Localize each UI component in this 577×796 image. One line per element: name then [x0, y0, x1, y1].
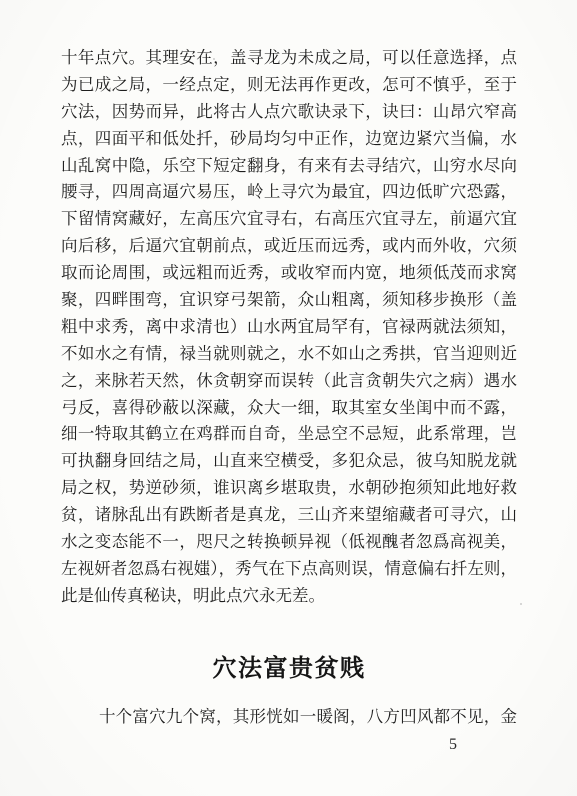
text-line: 向后移，后逼穴宜朝前点，或近压而远秀，或内而外收，穴须高 — [61, 233, 517, 260]
text-line: 粗中求秀，离中求清也）山水两宜局罕有，官禄两就法须知，山 — [61, 314, 517, 341]
text-line: 腰寻，四周高逼穴易压，岭上寻穴为最宜，四边低旷穴恐露，麓 — [61, 179, 517, 206]
text-line: 十年点穴。其理安在，盖寻龙为未成之局，可以任意选择，点穴 — [61, 45, 517, 72]
scan-speck — [520, 603, 522, 605]
text-line: 聚，四畔围弯，宜识穿弓架箭，众山粗离，须知移步换形（盖言 — [61, 287, 517, 314]
section-heading: 穴法富贵贫贱 — [61, 648, 517, 683]
text-line: 局之权，势逆砂须，谁识离乡堪取贵，水朝砂抱须知此地好救 — [61, 475, 517, 502]
text-line: 水之变态能不一，咫尺之转换顿异视（低视醜者忽爲高视美， — [61, 529, 517, 556]
text-line: 下留情窝藏好，左高压穴宜寻右，右高压穴宜寻左，前逼穴宜 — [61, 206, 517, 233]
book-page: 十年点穴。其理安在，盖寻龙为未成之局，可以任意选择，点穴 为已成之局，一经点定，… — [0, 0, 577, 796]
text-line: 之，来脉若天然，休贪朝穿而误转（此言贪朝失穴之病）遇水如 — [61, 368, 517, 395]
text-line: 穴法，因势而异，此将古人点穴歌诀录下，诀曰：山昂穴窄高处 — [61, 99, 517, 126]
text-line: 此是仙传真秘诀，明此点穴永无差。 — [61, 583, 517, 610]
text-line: 山乱窝中隐，乐空下短定翻身，有来有去寻结穴，山穷水尽向 — [61, 153, 517, 180]
text-line: 弓反，喜得砂蔽以深藏，众大一细，取其室女坐闺中而不露，众 — [61, 395, 517, 422]
text-line: 贫，诸脉乱出有跌断者是真龙，三山齐来望缩藏者可寻穴，山 — [61, 502, 517, 529]
text-line: 左视妍者忽爲右视媸），秀气在下点高则误，情意偏右扦左则， — [61, 556, 517, 583]
text-line: 为已成之局，一经点定，则无法再作更改，怎可不慎乎，至于点 — [61, 72, 517, 99]
text-line: 不如水之有情，禄当就则就之，水不如山之秀拱，官当迎则近 — [61, 341, 517, 368]
page-number: 5 — [449, 736, 457, 754]
next-section-first-line: 十个富穴九个窝，其形恍如一暖阁，八方凹风都不见，金 — [61, 704, 517, 731]
text-line: 取而论周围，或远粗而近秀，或收窄而内宽，地须低茂而求窝 — [61, 260, 517, 287]
scan-speck — [213, 58, 215, 60]
text-line: 点，四面平和低处扦，砂局均匀中正作，边宽边紧穴当偏，水斜 — [61, 126, 517, 153]
text-line: 细一特取其鹤立在鸡群而自奇，坐忌空不忌短，此系常理，岂 — [61, 421, 517, 448]
text-line: 可执翻身回结之局，山直来空横受，多犯众忌，彼乌知脱龙就 — [61, 448, 517, 475]
body-paragraph: 十年点穴。其理安在，盖寻龙为未成之局，可以任意选择，点穴 为已成之局，一经点定，… — [61, 45, 517, 610]
